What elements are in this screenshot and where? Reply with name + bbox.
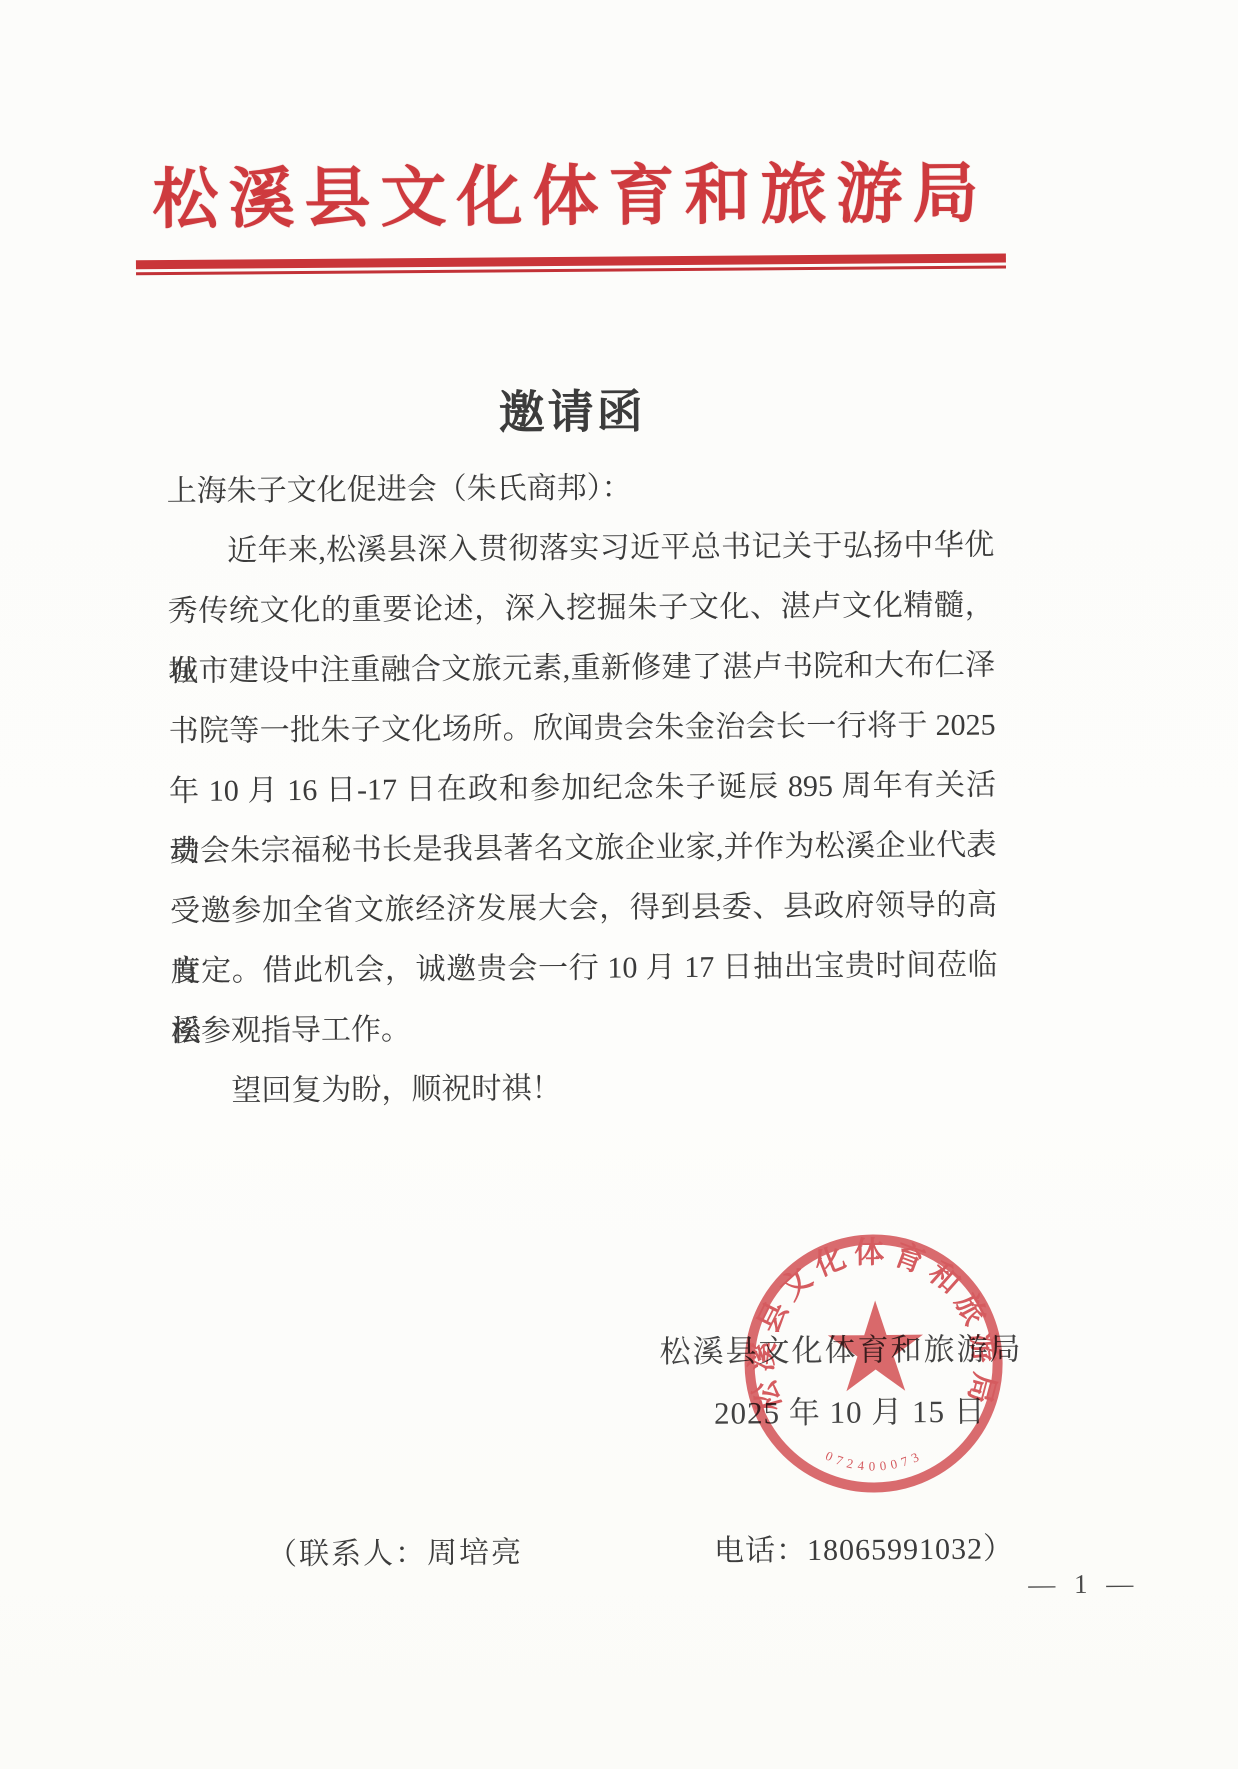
letter-body: 上海朱子文化促进会（朱氏商邦）： 近年来,松溪县深入贯彻落实习近平总书记关于弘扬…: [167, 456, 999, 1122]
document-page: 松溪县文化体育和旅游局 邀请函 上海朱子文化促进会（朱氏商邦）： 近年来,松溪县…: [0, 0, 1238, 1769]
letterhead-org-name: 松溪县文化体育和旅游局: [135, 139, 1006, 241]
body-line: 年 10 月 16 日-17 日在政和参加纪念朱子诞辰 895 周年有关活动。: [169, 756, 996, 822]
body-line: 近年来,松溪县深入贯彻落实习近平总书记关于弘扬中华优: [167, 516, 994, 582]
scan-content: 松溪县文化体育和旅游局 邀请函 上海朱子文化促进会（朱氏商邦）： 近年来,松溪县…: [0, 0, 1238, 1769]
body-line: 溪参观指导工作。: [171, 996, 998, 1062]
body-line: 城市建设中注重融合文旅元素,重新修建了湛卢书院和大布仁泽: [168, 636, 995, 702]
page-number: — 1 —: [996, 1568, 1171, 1600]
document-title: 邀请函: [137, 372, 1007, 445]
contact-person: （联系人：周培亮: [267, 1527, 523, 1573]
salutation: 上海朱子文化促进会（朱氏商邦）：: [167, 456, 994, 522]
body-line: 肯定。借此机会，诚邀贵会一行 10 月 17 日抽出宝贵时间莅临松: [170, 936, 997, 1002]
official-seal-stamp: 松溪县文化体育和旅游局 3507240007392: [712, 1202, 1035, 1525]
body-line: 书院等一批朱子文化场所。欣闻贵会朱金治会长一行将于 2025: [168, 696, 995, 762]
seal-star-icon: [828, 1300, 924, 1391]
body-line: 受邀参加全省文旅经济发展大会，得到县委、县政府领导的高度: [170, 876, 997, 942]
contact-phone: 电话：18065991032）: [714, 1523, 1014, 1569]
closing-line: 望回复为盼，顺祝时祺！: [171, 1056, 998, 1122]
letterhead-divider: [136, 253, 1006, 275]
body-line: 秀传统文化的重要论述，深入挖掘朱子文化、湛卢文化精髓，在: [167, 576, 994, 642]
body-line: 贵会朱宗福秘书长是我县著名文旅企业家,并作为松溪企业代表: [169, 816, 996, 882]
